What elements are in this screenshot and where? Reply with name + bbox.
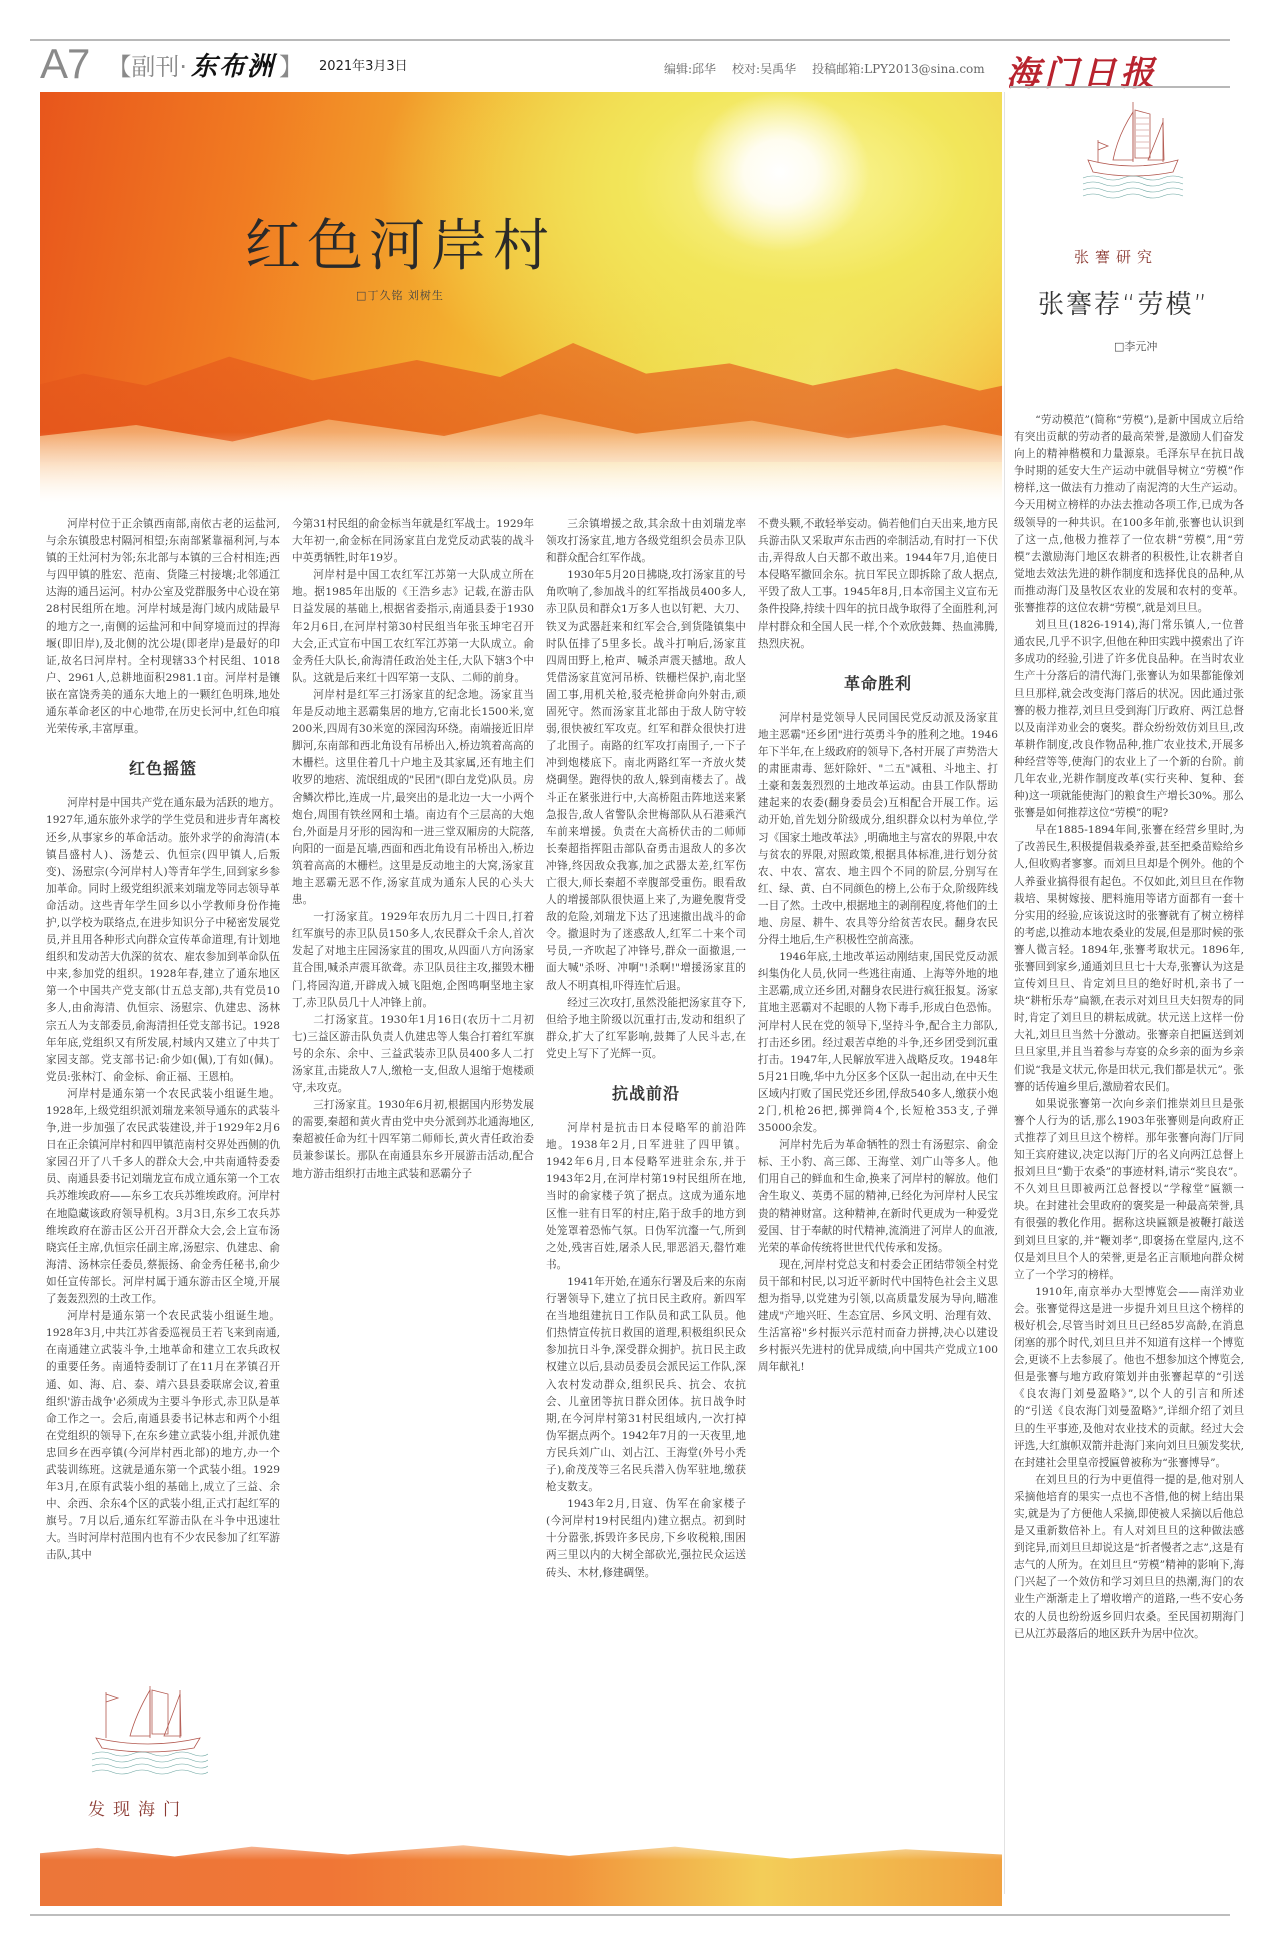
bottom-rule xyxy=(30,1914,1230,1916)
side-article-title: 张謇荐“劳模” xyxy=(1038,284,1209,321)
masthead-rule-right xyxy=(1010,86,1230,88)
credits: 编辑:邱华 校对:吴禹华 投稿邮箱:LPY2013@sina.com xyxy=(664,60,985,77)
section-heading: 抗战前沿 xyxy=(546,1085,746,1102)
paragraph: 刘旦旦(1826-1914),海门常乐镇人,一位普通农民,几乎不识字,但他在种田… xyxy=(1014,617,1244,822)
paragraph: 1941年开始,在通东行署及后来的东南行署领导下,建立了抗日民主政府。新四军在当… xyxy=(546,1274,746,1496)
article-column-3: 三余镇增援之敌,其余敌十由刘瑞龙率领攻打汤家苴,地方各级党组织会员赤卫队和群众配… xyxy=(546,516,746,1936)
section-heading: 红色摇篮 xyxy=(46,760,280,777)
article-byline: □丁久铭 刘树生 xyxy=(190,287,610,303)
paragraph: 河岸村是党领导人民同国民党反动派及汤家苴地主恶霸"还乡团"进行英勇斗争的胜利之地… xyxy=(758,710,998,949)
hero-image: 红色河岸村 □丁久铭 刘树生 xyxy=(40,92,1002,502)
side-article-byline: □李元冲 xyxy=(1114,338,1157,354)
paragraph: 河岸村是中国工农红军江苏第一大队成立所在地。据1985年出版的《王浩乡志》记载,… xyxy=(292,567,534,687)
article-column-4: 不费头颗,不敢轻举妄动。倘若他们白天出来,地方民兵游击队又采取声东击西的牵制活动… xyxy=(758,516,998,1936)
proofreader: 校对:吴禹华 xyxy=(732,60,796,77)
paragraph: 河岸村是通东第一个农民武装小组诞生地。1928年3月,中共江苏省委巡视员王若飞来… xyxy=(46,1308,280,1564)
paragraph: 三打汤家苴。1930年6月初,根据国内形势发展的需要,秦超和黄火青由党中央分派到… xyxy=(292,1097,534,1182)
section-name: 东布洲 xyxy=(191,46,275,83)
paragraph: 不费头颗,不敢轻举妄动。倘若他们白天出来,地方民兵游击队又采取声东击西的牵制活动… xyxy=(758,516,998,653)
section-open: 【副刊· xyxy=(107,47,187,82)
article-column-2: 今第31村民组的俞金标当年就是红军战士。1929年大年初一,俞金标在同汤家苴白龙… xyxy=(292,516,534,1936)
paragraph: 河岸村是红军三打汤家苴的纪念地。汤家苴当年是反动地主恶霸集居的地方,它南北长15… xyxy=(292,687,534,909)
paragraph: 一打汤家苴。1929年农历九月二十四日,打着红军旗号的赤卫队员150多人,农民群… xyxy=(292,909,534,1012)
hero-fade xyxy=(40,432,1002,502)
bottom-band-fade xyxy=(40,1830,1002,1860)
editor: 编辑:邱华 xyxy=(664,60,716,77)
paragraph: 1910年,南京举办大型博览会——南洋劝业会。张謇觉得这是进一步提升刘旦旦这个榜… xyxy=(1014,1284,1244,1472)
paragraph: 二打汤家苴。1930年1月16日(农历十二月初七)三益区游击队负责人仇建忠等人集… xyxy=(292,1012,534,1097)
paragraph: “劳动模范”(简称“劳模”),是新中国成立后给有突出贡献的劳动者的最高荣誉,是激… xyxy=(1014,412,1244,617)
paragraph: 早在1885-1894年间,张謇在经营乡里时,为了改善民生,积极提倡栽桑养蚕,甚… xyxy=(1014,822,1244,1096)
top-rule xyxy=(30,39,1230,41)
paragraph: 现在,河岸村党总支和村委会正团结带领全村党员干部和村民,以习近平新时代中国特色社… xyxy=(758,1257,998,1377)
paragraph: 在刘旦旦的行为中更值得一提的是,他对别人采摘他培育的果实一点也不吝惜,他的树上结… xyxy=(1014,1472,1244,1643)
article-column-1: 河岸村位于正余镇西南部,南依古老的运盐河,与余东镇殷忠村隔河相望;东南部紧靠福利… xyxy=(46,516,280,1686)
paragraph: 三余镇增援之敌,其余敌十由刘瑞龙率领攻打汤家苴,地方各级党组织会员赤卫队和群众配… xyxy=(546,516,746,567)
paragraph: 1943年2月,日寇、伪军在俞家楼子(今河岸村19村民组内)建立据点。初到时十分… xyxy=(546,1496,746,1581)
section-close: 】 xyxy=(279,47,303,82)
column-label-discover-haimen: 发现海门 xyxy=(88,1795,188,1820)
paragraph: 河岸村是通东第一个农民武装小组诞生地。1928年,上级党组织派刘瑞龙来领导通东的… xyxy=(46,1086,280,1308)
submission-email: 投稿邮箱:LPY2013@sina.com xyxy=(812,60,985,77)
side-article-body: “劳动模范”(简称“劳模”),是新中国成立后给有突出贡献的劳动者的最高荣誉,是激… xyxy=(1014,412,1244,1912)
paragraph: 河岸村是中国共产党在通东最为活跃的地方。1927年,通东旅外求学的学生党员和进步… xyxy=(46,795,280,1086)
article-title: 红色河岸村 xyxy=(190,202,610,282)
column-divider xyxy=(1004,92,1005,1894)
column-label-zhangjian-research: 张謇研究 xyxy=(1074,246,1158,267)
section-tag: 【副刊· 东布洲 】 xyxy=(107,46,303,83)
publication-date: 2021年3月3日 xyxy=(319,55,408,74)
page-number: A7 xyxy=(40,44,89,84)
paragraph: 经过三次攻打,虽然没能把汤家苴夺下,但给予地主阶级以沉重打击,发动和组织了群众,… xyxy=(546,995,746,1063)
paragraph: 1946年底,土地改革运动刚结束,国民党反动派纠集伪化人员,伙同一些逃往南通、上… xyxy=(758,949,998,1137)
paragraph: 河岸村位于正余镇西南部,南依古老的运盐河,与余东镇殷忠村隔河相望;东南部紧靠福利… xyxy=(46,516,280,738)
paragraph: 今第31村民组的俞金标当年就是红军战士。1929年大年初一,俞金标在同汤家苴白龙… xyxy=(292,516,534,567)
paragraph: 1930年5月20日拂晓,攻打汤家苴的号角吹响了,参加战斗的红军指战员400多人… xyxy=(546,567,746,994)
paragraph: 河岸村先后为革命牺牲的烈士有汤慰宗、俞金标、王小豹、高三郎、王海堂、刘广山等多人… xyxy=(758,1137,998,1257)
ship-illustration-icon xyxy=(1078,100,1188,200)
paragraph: 河岸村是抗击日本侵略军的前沿阵地。1938年2月,日军进驻了四甲镇。1942年6… xyxy=(546,1120,746,1274)
ship-illustration-icon xyxy=(88,1686,208,1776)
section-heading: 革命胜利 xyxy=(758,675,998,692)
paragraph: 如果说张謇第一次向乡亲们推崇刘旦旦是张謇个人行为的话,那么1903年张謇则是向政… xyxy=(1014,1096,1244,1284)
